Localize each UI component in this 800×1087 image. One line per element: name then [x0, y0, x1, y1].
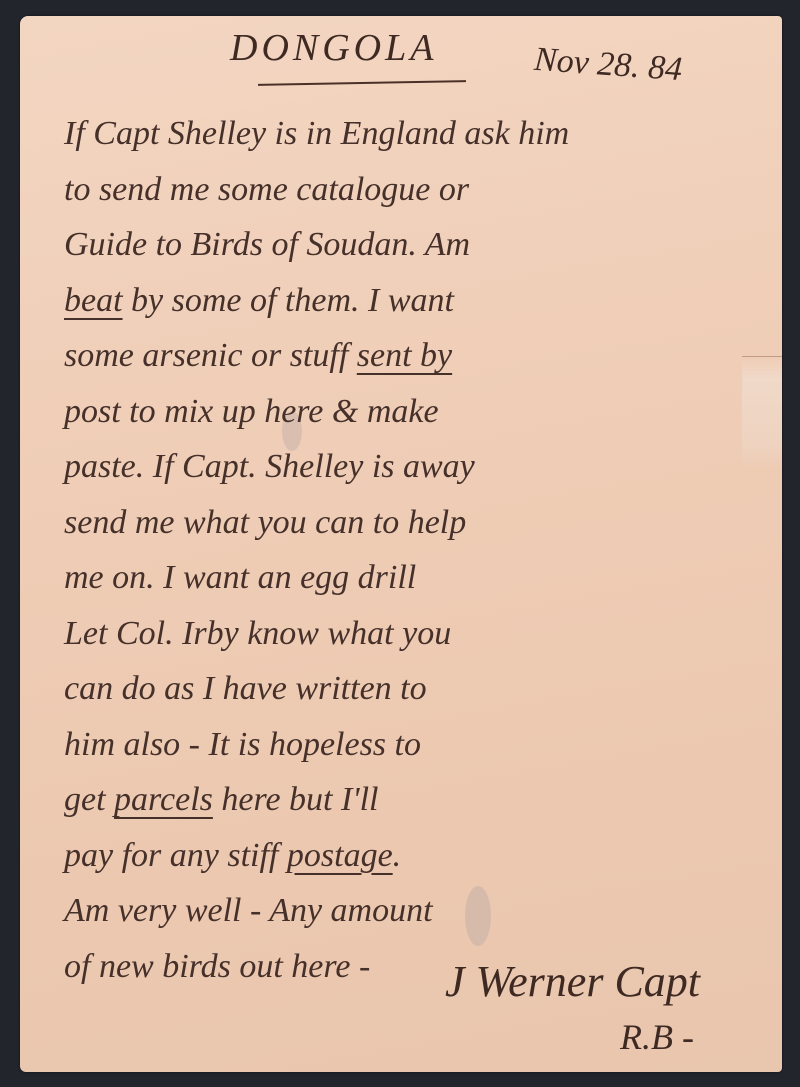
line-text: send me what you can to help: [64, 504, 466, 541]
signature-initials: R.B -: [620, 1016, 694, 1058]
heading-underline: [258, 80, 466, 86]
letter-line: Guide to Birds of Soudan. Am: [64, 217, 764, 273]
line-text: paste. If Capt. Shelley is away: [64, 448, 475, 485]
letter-line: paste. If Capt. Shelley is away: [64, 439, 764, 495]
line-text: can do as I have written to: [64, 670, 427, 707]
underlined-word: parcels: [114, 781, 213, 818]
letter-line: post to mix up here & make: [64, 384, 764, 440]
line-text: Am very well - Any amount: [64, 892, 433, 929]
letter-line: get parcels here but I'll: [64, 772, 764, 828]
line-text: by some of them. I want: [123, 282, 454, 319]
line-text: .: [393, 837, 402, 874]
letter-line: me on. I want an egg drill: [64, 550, 764, 606]
letter-line: beat by some of them. I want: [64, 273, 764, 329]
letter-line: Am very well - Any amount: [64, 883, 764, 939]
letter-line: to send me some catalogue or: [64, 162, 764, 218]
underlined-word: beat: [64, 282, 123, 319]
line-text: me on. I want an egg drill: [64, 559, 416, 596]
underlined-word: postage: [287, 837, 393, 874]
letter-line: him also - It is hopeless to: [64, 717, 764, 773]
letter-line: can do as I have written to: [64, 661, 764, 717]
line-text: get: [64, 781, 114, 818]
line-text: some arsenic or stuff: [64, 337, 357, 374]
line-text: pay for any stiff: [64, 837, 287, 874]
letter-line: If Capt Shelley is in England ask him: [64, 106, 764, 162]
letter-line: Let Col. Irby know what you: [64, 606, 764, 662]
line-text: to send me some catalogue or: [64, 171, 469, 208]
line-text: Guide to Birds of Soudan. Am: [64, 226, 470, 263]
line-text: of new birds out here -: [64, 948, 370, 985]
place-heading: DONGOLA: [230, 26, 437, 70]
underlined-word: sent by: [357, 337, 452, 374]
line-text: Let Col. Irby know what you: [64, 615, 451, 652]
letter-line: pay for any stiff postage.: [64, 828, 764, 884]
line-text: here but I'll: [213, 781, 379, 818]
letter-line: some arsenic or stuff sent by: [64, 328, 764, 384]
line-text: If Capt Shelley is in England ask him: [64, 115, 569, 152]
line-text: him also - It is hopeless to: [64, 726, 421, 763]
letter-body: If Capt Shelley is in England ask himto …: [64, 106, 764, 994]
letter-date: Nov 28. 84: [533, 41, 684, 89]
letter-line: send me what you can to help: [64, 495, 764, 551]
line-text: post to mix up here & make: [64, 393, 439, 430]
letter-card: DONGOLA Nov 28. 84 If Capt Shelley is in…: [20, 16, 782, 1072]
signature: J Werner Capt: [445, 956, 700, 1007]
